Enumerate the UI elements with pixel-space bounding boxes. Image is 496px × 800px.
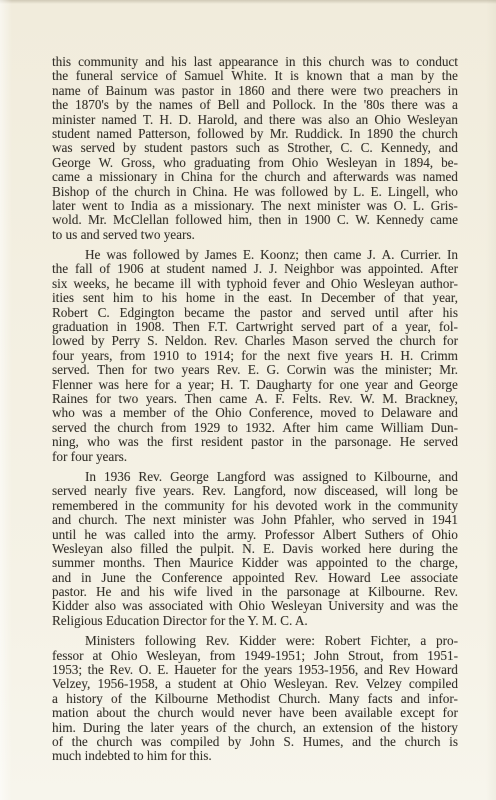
text-line: whowasamemberoftheOhioConference,movedto…: [52, 406, 458, 420]
text-line: 1953;theRev.O.E.Haueterfortheyears1953-1…: [52, 663, 458, 677]
text-line: served.ThenfortwoyearsRev.E.G.Corwinwast…: [52, 363, 458, 377]
text-line: Flennerwashereforayear;H.T.Daughartyforo…: [52, 378, 458, 392]
text-line: andinJunetheConferenceappointedRev.Howar…: [52, 571, 458, 585]
text-line: ministernamedT.H.D.Harold,andtherewasals…: [52, 113, 458, 127]
text-line: ofthechurchwascompiledbyJohnS.Humes,andt…: [52, 735, 458, 749]
text-line: summermonths.ThenMauriceKidderwasappoint…: [52, 556, 458, 570]
text-line: BishopofthechurchinChina.Hewasfollowedby…: [52, 185, 458, 199]
text-line: KidderalsowasassociatedwithOhioWesleyanU…: [52, 599, 458, 613]
text-line: lowedbyPerryS.Neldon.Rev.CharlesMasonser…: [52, 334, 458, 348]
text-line: In1936Rev.GeorgeLangfordwasassignedtoKil…: [52, 470, 458, 484]
text-line: andchurch.ThenextministerwasJohnPfahler,…: [52, 513, 458, 527]
text-line: studentnamedPatterson,followedbyMr.Ruddi…: [52, 127, 458, 141]
page-left-edge-highlight: [0, 0, 12, 800]
text-line: mationaboutthechurchwouldneverhavebeenav…: [52, 706, 458, 720]
scanned-page: thiscommunityandhislastappearanceinthisc…: [0, 0, 496, 800]
text-line: MinistersfollowingRev.Kidderwere:RobertF…: [52, 634, 458, 648]
scan-top-edge-shadow: [0, 0, 496, 4]
page-right-edge-vignette: [486, 0, 496, 800]
text-line: thefallof1906atstudentnamedJ.J.Neighborw…: [52, 262, 458, 276]
text-line: Religious Education Director for the Y. …: [52, 614, 458, 628]
text-line: pastor.Heandhiswifelivedintheparsonageat…: [52, 585, 458, 599]
text-line: the1870'sbythenamesofBellandPollock.Inth…: [52, 98, 458, 112]
paragraph-2: HewasfollowedbyJamesE.Koonz;thencameJ.A.…: [52, 248, 458, 464]
text-line: nameofBainumwaspastorin1860andthereweret…: [52, 84, 458, 98]
text-line: ning,whowasthefirstresidentpastorinthepa…: [52, 435, 458, 449]
text-line: fessoratOhioWesleyan,from1949-1951;JohnS…: [52, 649, 458, 663]
text-line: untilhewascalledintothearmy.ProfessorAlb…: [52, 528, 458, 542]
text-line: thiscommunityandhislastappearanceinthisc…: [52, 55, 458, 69]
text-line: graduationin1908.ThenF.T.Cartwrightserve…: [52, 320, 458, 334]
text-line: RobertC.Edgingtonbecamethepastorandserve…: [52, 306, 458, 320]
body-text-block: thiscommunityandhislastappearanceinthisc…: [52, 55, 458, 764]
text-line: wasservedbystudentpastorssuchasStrother,…: [52, 141, 458, 155]
text-line: Wesleyanalsofilledthepulpit.N.E.Daviswor…: [52, 542, 458, 556]
text-line: ahistoryoftheKilbourneMethodistChurch.Ma…: [52, 692, 458, 706]
text-line: GeorgeW.Gross,whograduatingfromOhioWesle…: [52, 156, 458, 170]
text-line: him.Duringthelateryearsofthechurch,anext…: [52, 721, 458, 735]
text-line: servedthechurchfrom1929to1932.Afterhimca…: [52, 421, 458, 435]
paragraph-4: MinistersfollowingRev.Kidderwere:RobertF…: [52, 634, 458, 764]
paragraph-3: In1936Rev.GeorgeLangfordwasassignedtoKil…: [52, 470, 458, 628]
text-line: rememberedinthecommunityforhisdevotedwor…: [52, 499, 458, 513]
text-line: Rainesfortwoyears.ThencameA.F.Felts.Rev.…: [52, 392, 458, 406]
text-line: laterwenttoIndiaasamissionary.Thenextmin…: [52, 199, 458, 213]
text-line: wold.Mr.McClellanfollowedhim,thenin1900C…: [52, 213, 458, 227]
text-line: itiessenthimtohishomeintheeast.InDecembe…: [52, 291, 458, 305]
text-line: to us and served two years.: [52, 228, 458, 242]
text-line: Velzey,1956-1958,astudentatOhioWesleyan.…: [52, 677, 458, 691]
text-line: cameamissionaryinChinaforthechurchandaft…: [52, 170, 458, 184]
text-line: much indebted to him for this.: [52, 749, 458, 763]
paragraph-1: thiscommunityandhislastappearanceinthisc…: [52, 55, 458, 242]
text-line: for four years.: [52, 450, 458, 464]
text-line: HewasfollowedbyJamesE.Koonz;thencameJ.A.…: [52, 248, 458, 262]
text-line: fouryears,from1910to1914;forthenextfivey…: [52, 349, 458, 363]
text-line: thefuneralserviceofSamuelWhite.Itisknown…: [52, 69, 458, 83]
text-line: servednearlyfiveyears.Rev.Langford,nowdi…: [52, 484, 458, 498]
text-line: sixweeks,hebecameillwithtyphoidfeverandO…: [52, 277, 458, 291]
